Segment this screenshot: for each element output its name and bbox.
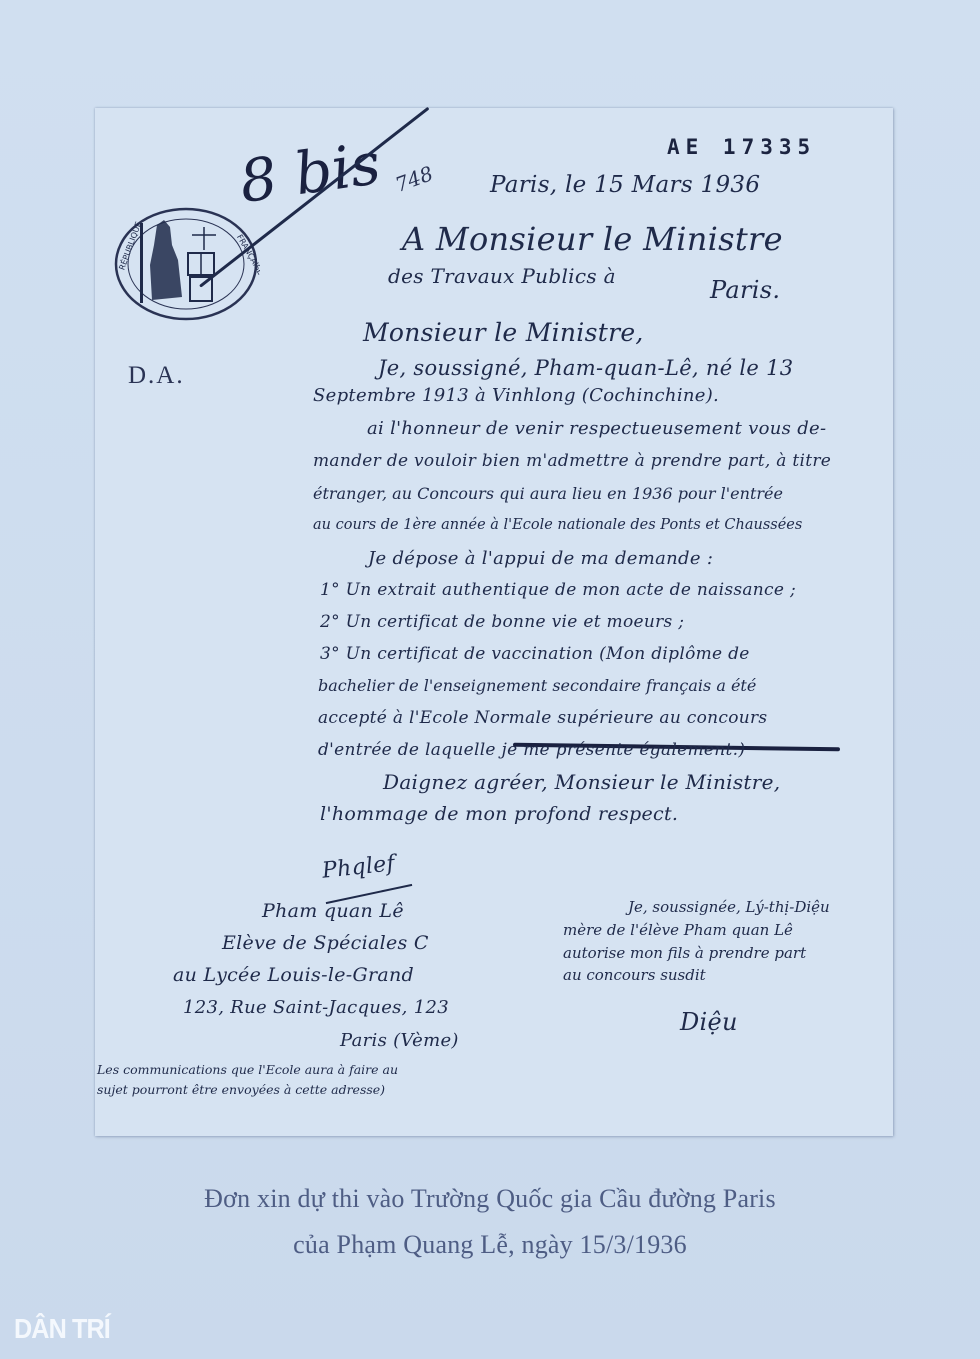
place-date: Paris, le 15 Mars 1936: [490, 172, 760, 198]
body-line: d'entrée de laquelle je me présente égal…: [318, 740, 745, 760]
body-line: au cours de 1ère année à l'Ecole nationa…: [313, 517, 802, 533]
sender-city: Paris (Vème): [340, 1030, 459, 1051]
sender-line: au Lycée Louis-le-Grand: [173, 964, 414, 986]
body-line: 2° Un certificat de bonne vie et moeurs …: [320, 612, 684, 632]
body-line: étranger, au Concours qui aura lieu en 1…: [313, 484, 783, 503]
body-line: ai l'honneur de venir respectueusement v…: [367, 418, 826, 439]
dantri-logo: DÂN TRÍ: [14, 1313, 110, 1345]
body-line: Je dépose à l'appui de ma demande :: [368, 548, 713, 569]
sender-line: Elève de Spéciales C: [222, 932, 429, 954]
recipient-line-2: des Travaux Publics à: [388, 264, 616, 288]
caption-line-1: Đơn xin dự thi vào Trường Quốc gia Cầu đ…: [0, 1184, 980, 1214]
margin-label: D.A.: [128, 362, 185, 390]
sender-address: 123, Rue Saint-Jacques, 123: [183, 997, 449, 1018]
consent-line: Je, soussignée, Lý-thị-Diệu: [628, 898, 830, 916]
body-line: Je, soussigné, Pham-quan-Lê, né le 13: [378, 356, 793, 380]
footnote-line: sujet pourront être envoyées à cette adr…: [97, 1082, 385, 1097]
body-line: l'hommage de mon profond respect.: [320, 803, 678, 825]
sender-name: Pham quan Lê: [262, 900, 404, 922]
body-line: 1° Un extrait authentique de mon acte de…: [320, 580, 796, 600]
reference-number: AE 17335: [667, 135, 816, 159]
body-line: bachelier de l'enseignement secondaire f…: [318, 676, 756, 695]
salutation: Monsieur le Ministre,: [363, 318, 644, 347]
consent-line: autorise mon fils à prendre part: [563, 944, 806, 962]
body-line: mander de vouloir bien m'admettre à pren…: [313, 451, 831, 471]
caption-line-2: của Phạm Quang Lễ, ngày 15/3/1936: [0, 1230, 980, 1260]
consent-line: mère de l'élève Pham quan Lê: [563, 921, 793, 939]
footnote-line: Les communications que l'Ecole aura à fa…: [97, 1062, 398, 1077]
republique-francaise-seal-icon: RÉPUBLIQUE FRANÇAISE: [112, 205, 260, 323]
consent-line: au concours susdit: [563, 966, 706, 984]
body-line: Daignez agréer, Monsieur le Ministre,: [383, 770, 780, 794]
parent-signature: Diệu: [680, 1008, 738, 1036]
recipient-line-1: A Monsieur le Ministre: [402, 220, 783, 258]
body-line: Septembre 1913 à Vinhlong (Cochinchine).: [313, 385, 719, 406]
body-line: 3° Un certificat de vaccination (Mon dip…: [320, 644, 750, 664]
recipient-line-3: Paris.: [710, 276, 780, 304]
body-line: accepté à l'Ecole Normale supérieure au …: [318, 708, 767, 728]
